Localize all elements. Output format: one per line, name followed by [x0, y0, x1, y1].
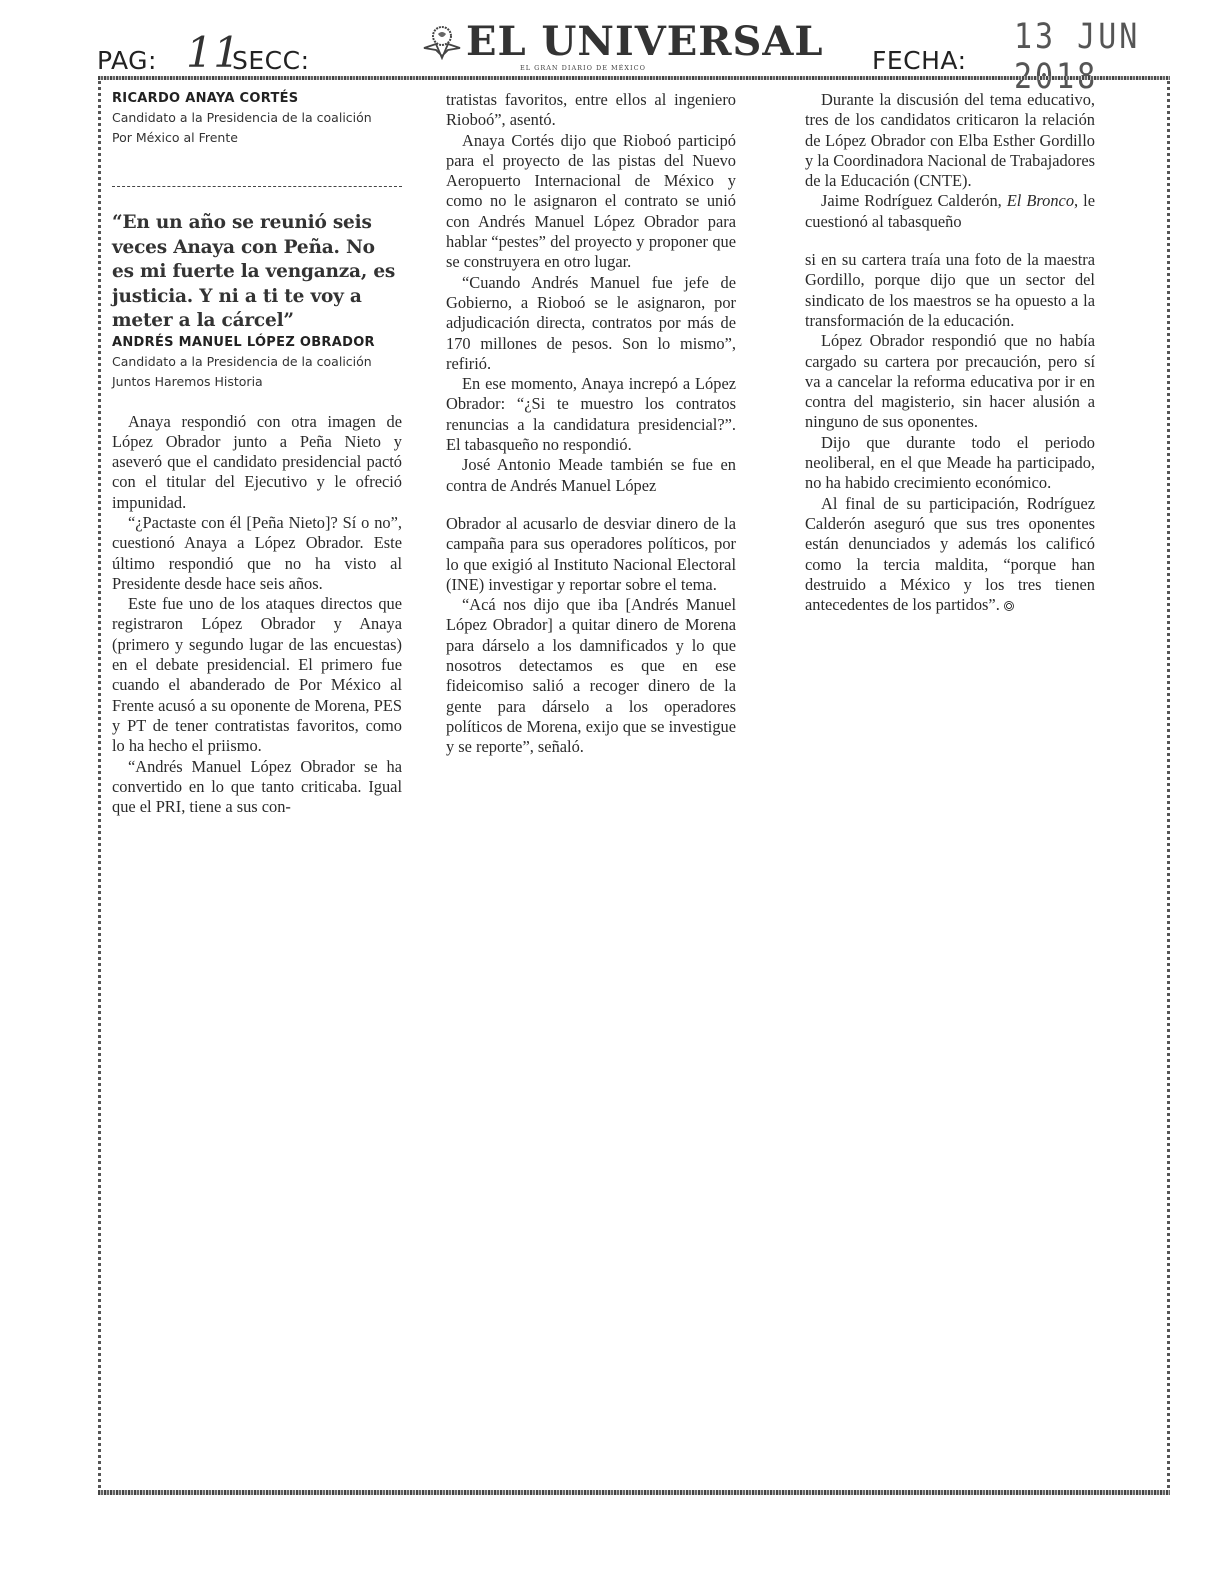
article-paragraph: tratistas favoritos, entre ellos al inge… — [446, 90, 736, 131]
attribution-coalition: Juntos Haremos Historia — [112, 372, 402, 392]
frame-top-border — [98, 76, 1170, 80]
page-label: PAG: — [97, 46, 157, 75]
article-column-2: tratistas favoritos, entre ellos al inge… — [446, 90, 736, 758]
article-column-1: RICARDO ANAYA CORTÉS Candidato a la Pres… — [112, 90, 402, 817]
article-paragraph: Obrador al acusarlo de desviar dinero de… — [446, 514, 736, 595]
quote-attribution-anaya: RICARDO ANAYA CORTÉS Candidato a la Pres… — [112, 90, 402, 148]
attribution-name: RICARDO ANAYA CORTÉS — [112, 90, 402, 108]
frame-bottom-border — [98, 1490, 1170, 1495]
column-break — [805, 232, 1095, 250]
paragraph-text: Al final de su participación, Rodríguez … — [805, 494, 1095, 614]
attribution-name: ANDRÉS MANUEL LÓPEZ OBRADOR — [112, 334, 402, 352]
paragraph-text: Jaime Rodríguez Calderón, — [821, 191, 1007, 210]
article-paragraph: Al final de su participación, Rodríguez … — [805, 494, 1095, 616]
article-paragraph: Anaya Cortés dijo que Rioboó participó p… — [446, 131, 736, 273]
article-paragraph: López Obrador respondió que no había car… — [805, 331, 1095, 432]
article-paragraph: “¿Pactaste con él [Peña Nieto]? Sí o no”… — [112, 513, 402, 594]
publication-title: EL UNIVERSAL — [466, 18, 824, 65]
quote-attribution-lopez-obrador: ANDRÉS MANUEL LÓPEZ OBRADOR Candidato a … — [112, 334, 402, 392]
article-paragraph: Anaya respondió con otra imagen de López… — [112, 412, 402, 513]
article-paragraph: Jaime Rodríguez Calderón, El Bronco, le … — [805, 191, 1095, 232]
publication-tagline: EL GRAN DIARIO DE MÉXICO — [520, 64, 646, 72]
article-paragraph: si en su cartera traía una foto de la ma… — [805, 250, 1095, 331]
nickname-italic: El Bronco — [1007, 191, 1074, 210]
article-column-3: Durante la discusión del tema educativo,… — [805, 90, 1095, 615]
section-divider — [112, 186, 402, 187]
attribution-coalition: Por México al Frente — [112, 128, 402, 148]
article-paragraph: Durante la discusión del tema educativo,… — [805, 90, 1095, 191]
column-break — [446, 496, 736, 514]
section-label: SECC: — [232, 46, 310, 75]
article-end-icon — [1004, 601, 1014, 611]
article-paragraph: Dijo que durante todo el periodo neolibe… — [805, 433, 1095, 494]
article-paragraph: José Antonio Meade también se fue en con… — [446, 455, 736, 496]
article-paragraph: En ese momento, Anaya increpó a López Ob… — [446, 374, 736, 455]
date-label: FECHA: — [872, 46, 967, 75]
newspaper-emblem-icon — [422, 22, 462, 60]
pull-quote: “En un año se reunió seis veces Anaya co… — [112, 211, 402, 334]
article-paragraph: “Acá nos dijo que iba [Andrés Manuel Lóp… — [446, 595, 736, 757]
article-paragraph: Este fue uno de los ataques directos que… — [112, 594, 402, 756]
clipping-header: PAG: 11 SECC: EL UNIVERSAL EL GRAN DIARI… — [0, 0, 1224, 80]
attribution-role: Candidato a la Presidencia de la coalici… — [112, 108, 402, 128]
article-paragraph: “Cuando Andrés Manuel fue jefe de Gobier… — [446, 273, 736, 374]
newspaper-masthead: EL UNIVERSAL EL GRAN DIARIO DE MÉXICO — [422, 18, 767, 76]
article-paragraph: “Andrés Manuel López Obrador se ha conve… — [112, 757, 402, 818]
attribution-role: Candidato a la Presidencia de la coalici… — [112, 352, 402, 372]
